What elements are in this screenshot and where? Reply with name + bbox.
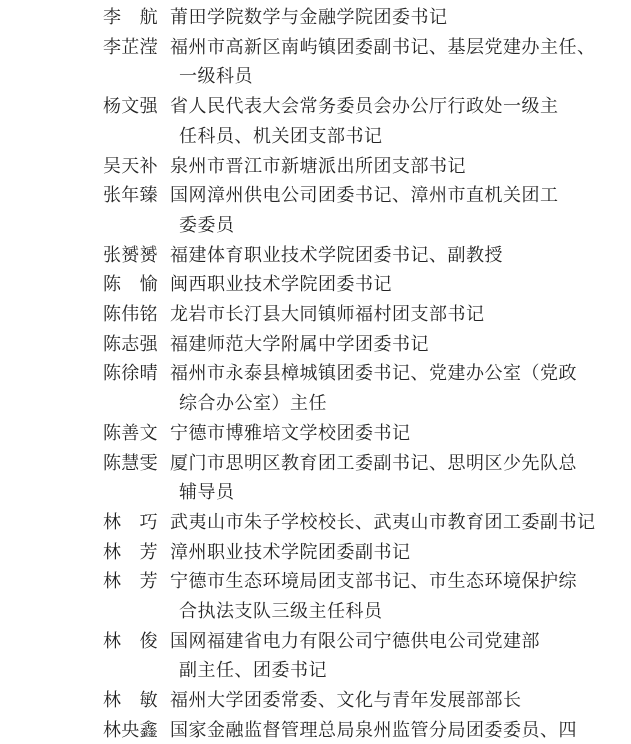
entry-description: 闽西职业技术学院团委书记	[170, 270, 615, 300]
entry-name: 张赟赟	[103, 241, 159, 271]
entry-row: 杨文强省人民代表大会常务委员会办公厅行政处一级主任科员、机关团支部书记	[103, 92, 615, 151]
entry-row: 陈 愉闽西职业技术学院团委书记	[103, 270, 615, 300]
entry-description: 漳州职业技术学院团委副书记	[170, 538, 615, 568]
entry-description-line: 宁德市生态环境局团支部书记、市生态环境保护综	[170, 567, 615, 597]
entry-row: 林 俊国网福建省电力有限公司宁德供电公司党建部副主任、团委书记	[103, 627, 615, 686]
entry-description-line: 宁德市博雅培文学校团委书记	[170, 419, 615, 449]
entry-row: 林 芳宁德市生态环境局团支部书记、市生态环境保护综合执法支队三级主任科员	[103, 567, 615, 626]
entry-description-line: 国网漳州供电公司团委书记、漳州市直机关团工	[170, 181, 615, 211]
entry-description-line: 一级科员	[170, 62, 615, 92]
entry-row: 张赟赟福建体育职业技术学院团委书记、副教授	[103, 241, 615, 271]
entry-name: 杨文强	[103, 92, 159, 122]
entry-description-line: 国家金融监督管理总局泉州监管分局团委委员、四	[170, 716, 615, 744]
entry-description: 国网漳州供电公司团委书记、漳州市直机关团工委委员	[170, 181, 615, 240]
entry-description-line: 福建体育职业技术学院团委书记、副教授	[170, 241, 615, 271]
entry-name: 吴天补	[103, 152, 159, 182]
entry-description-line: 任科员、机关团支部书记	[170, 122, 615, 152]
entry-name: 李芷滢	[103, 33, 159, 63]
entry-description: 福建师范大学附属中学团委书记	[170, 330, 615, 360]
entry-description-line: 泉州市晋江市新塘派出所团支部书记	[170, 152, 615, 182]
entry-description-line: 福州市高新区南屿镇团委副书记、基层党建办主任、	[170, 33, 615, 63]
recipient-list: 李 航莆田学院数学与金融学院团委书记李芷滢福州市高新区南屿镇团委副书记、基层党建…	[103, 3, 615, 744]
entry-description: 福州大学团委常委、文化与青年发展部部长	[170, 686, 615, 716]
entry-name: 林 芳	[103, 538, 159, 568]
entry-row: 陈志强福建师范大学附属中学团委书记	[103, 330, 615, 360]
entry-name: 林 芳	[103, 567, 159, 597]
entry-name: 林 俊	[103, 627, 159, 657]
entry-description-line: 福州市永泰县樟城镇团委书记、党建办公室（党政	[170, 359, 615, 389]
entry-description: 福州市永泰县樟城镇团委书记、党建办公室（党政综合办公室）主任	[170, 359, 615, 418]
entry-name: 陈伟铭	[103, 300, 159, 330]
entry-description: 龙岩市长汀县大同镇师福村团支部书记	[170, 300, 615, 330]
entry-description: 泉州市晋江市新塘派出所团支部书记	[170, 152, 615, 182]
entry-description: 省人民代表大会常务委员会办公厅行政处一级主任科员、机关团支部书记	[170, 92, 615, 151]
entry-description: 国网福建省电力有限公司宁德供电公司党建部副主任、团委书记	[170, 627, 615, 686]
entry-row: 陈徐晴福州市永泰县樟城镇团委书记、党建办公室（党政综合办公室）主任	[103, 359, 615, 418]
entry-name: 林 敏	[103, 686, 159, 716]
entry-row: 陈伟铭龙岩市长汀县大同镇师福村团支部书记	[103, 300, 615, 330]
entry-description-line: 闽西职业技术学院团委书记	[170, 270, 615, 300]
entry-description-line: 武夷山市朱子学校校长、武夷山市教育团工委副书记	[170, 508, 615, 538]
entry-description-line: 省人民代表大会常务委员会办公厅行政处一级主	[170, 92, 615, 122]
entry-description-line: 龙岩市长汀县大同镇师福村团支部书记	[170, 300, 615, 330]
entry-description: 国家金融监督管理总局泉州监管分局团委委员、四	[170, 716, 615, 744]
entry-description: 莆田学院数学与金融学院团委书记	[170, 3, 615, 33]
entry-name: 陈慧雯	[103, 449, 159, 479]
entry-row: 张年臻国网漳州供电公司团委书记、漳州市直机关团工委委员	[103, 181, 615, 240]
entry-description-line: 漳州职业技术学院团委副书记	[170, 538, 615, 568]
entry-row: 陈善文宁德市博雅培文学校团委书记	[103, 419, 615, 449]
entry-description-line: 国网福建省电力有限公司宁德供电公司党建部	[170, 627, 615, 657]
entry-name: 林央鑫	[103, 716, 159, 744]
entry-name: 陈善文	[103, 419, 159, 449]
entry-description-line: 福州大学团委常委、文化与青年发展部部长	[170, 686, 615, 716]
entry-name: 林 巧	[103, 508, 159, 538]
entry-row: 李 航莆田学院数学与金融学院团委书记	[103, 3, 615, 33]
entry-description: 武夷山市朱子学校校长、武夷山市教育团工委副书记	[170, 508, 615, 538]
entry-description-line: 厦门市思明区教育团工委副书记、思明区少先队总	[170, 449, 615, 479]
entry-name: 陈徐晴	[103, 359, 159, 389]
entry-row: 陈慧雯厦门市思明区教育团工委副书记、思明区少先队总辅导员	[103, 449, 615, 508]
entry-row: 林央鑫国家金融监督管理总局泉州监管分局团委委员、四	[103, 716, 615, 744]
document-page: 李 航莆田学院数学与金融学院团委书记李芷滢福州市高新区南屿镇团委副书记、基层党建…	[0, 0, 631, 744]
entry-description-line: 委委员	[170, 211, 615, 241]
entry-description-line: 福建师范大学附属中学团委书记	[170, 330, 615, 360]
entry-row: 李芷滢福州市高新区南屿镇团委副书记、基层党建办主任、一级科员	[103, 33, 615, 92]
entry-description: 福州市高新区南屿镇团委副书记、基层党建办主任、一级科员	[170, 33, 615, 92]
entry-row: 吴天补泉州市晋江市新塘派出所团支部书记	[103, 152, 615, 182]
entry-row: 林 巧武夷山市朱子学校校长、武夷山市教育团工委副书记	[103, 508, 615, 538]
entry-description-line: 辅导员	[170, 478, 615, 508]
entry-description: 宁德市生态环境局团支部书记、市生态环境保护综合执法支队三级主任科员	[170, 567, 615, 626]
entry-description: 厦门市思明区教育团工委副书记、思明区少先队总辅导员	[170, 449, 615, 508]
entry-description: 福建体育职业技术学院团委书记、副教授	[170, 241, 615, 271]
entry-description: 宁德市博雅培文学校团委书记	[170, 419, 615, 449]
entry-description-line: 综合办公室）主任	[170, 389, 615, 419]
entry-name: 李 航	[103, 3, 159, 33]
entry-description-line: 莆田学院数学与金融学院团委书记	[170, 3, 615, 33]
entry-row: 林 芳漳州职业技术学院团委副书记	[103, 538, 615, 568]
entry-description-line: 副主任、团委书记	[170, 656, 615, 686]
entry-name: 张年臻	[103, 181, 159, 211]
entry-description-line: 合执法支队三级主任科员	[170, 597, 615, 627]
entry-name: 陈 愉	[103, 270, 159, 300]
entry-row: 林 敏福州大学团委常委、文化与青年发展部部长	[103, 686, 615, 716]
entry-name: 陈志强	[103, 330, 159, 360]
